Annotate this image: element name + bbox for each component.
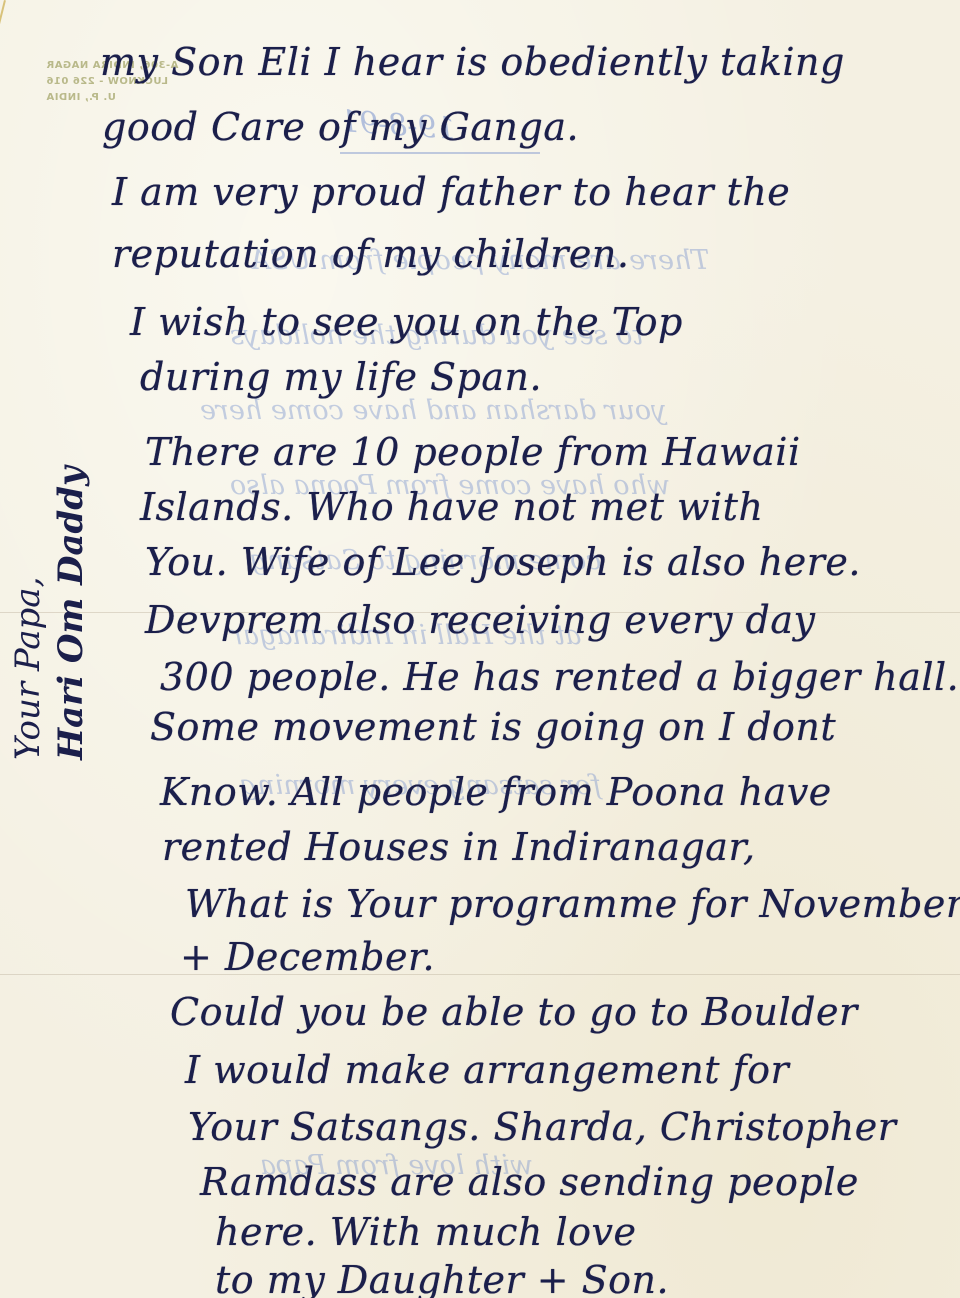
letter-line: reputation of my children. <box>112 232 629 276</box>
letter-line: I would make arrangement for <box>185 1048 789 1092</box>
letter-line: I wish to see you on the Top <box>130 300 683 344</box>
letter-line: Could you be able to go to Boulder <box>170 990 858 1034</box>
letter-line: Devprem also receiving every day <box>145 598 815 642</box>
signoff-daddy: Daddy <box>51 466 91 585</box>
letter-line: to my Daughter + Son. <box>215 1258 669 1298</box>
letter-line: 300 people. He has rented a bigger hall. <box>160 655 959 699</box>
letter-line: + December. <box>180 935 435 979</box>
letter-line: You. Wife of Lee Joseph is also here. <box>145 540 861 584</box>
letter-line: Some movement is going on I dont <box>150 705 836 749</box>
letter-line: during my life Span. <box>140 355 542 399</box>
letter-line: Islands. Who have not met with <box>140 485 763 529</box>
letter-line: my Son Eli I hear is obediently taking <box>100 40 845 84</box>
letter-body: my Son Eli I hear is obediently taking g… <box>0 0 960 1298</box>
signoff-hari-om: Hari Om <box>51 598 91 760</box>
signoff-your-papa: Your Papa, <box>8 466 48 760</box>
margin-signoff: Your Papa, Hari Om Daddy <box>8 466 91 760</box>
letter-line: rented Houses in Indiranagar, <box>162 825 756 869</box>
letter-line: What is Your programme for November <box>185 882 960 926</box>
letter-line: good Care of my Ganga. <box>102 105 579 149</box>
signature: Hari Om Daddy <box>50 466 91 760</box>
letter-line: Know. All people from Poona have <box>160 770 832 814</box>
letter-line: Ramdass are also sending people <box>200 1160 859 1204</box>
letter-line: There are 10 people from Hawaii <box>145 430 801 474</box>
letter-line: I am very proud father to hear the <box>112 170 790 214</box>
letter-line: Your Satsangs. Sharda, Christopher <box>188 1105 896 1149</box>
letter-line: here. With much love <box>215 1210 636 1254</box>
